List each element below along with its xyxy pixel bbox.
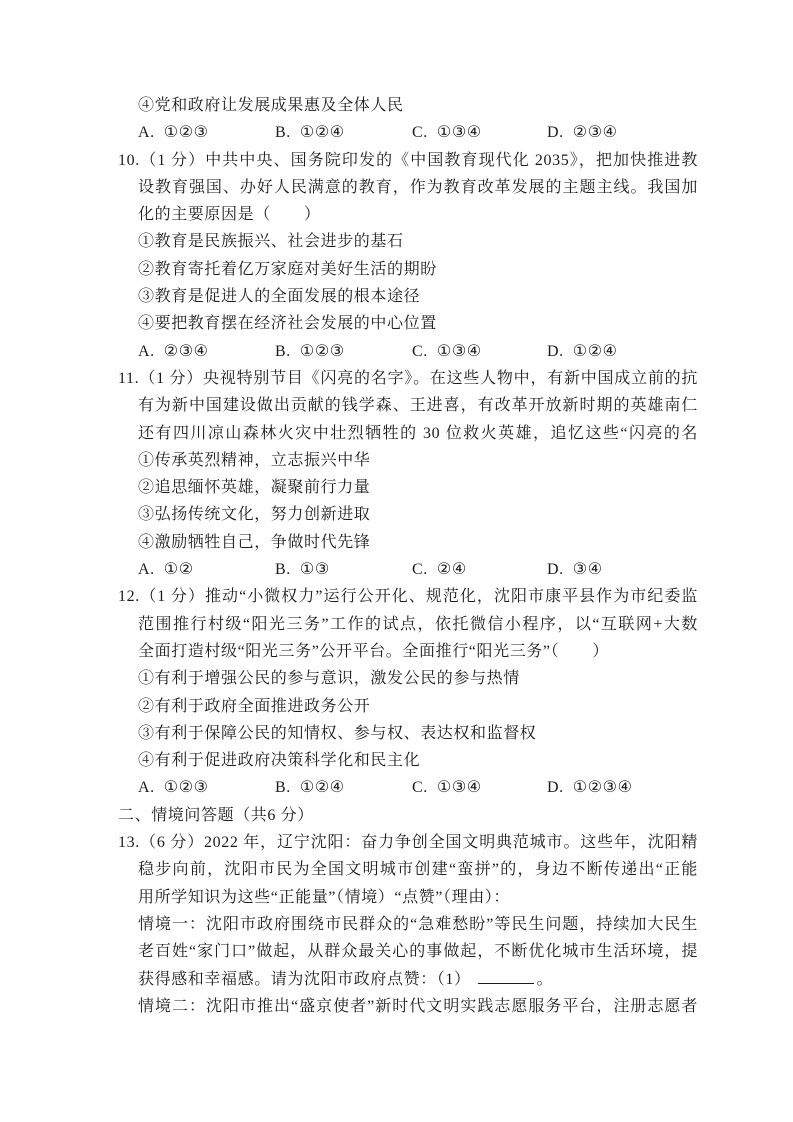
question-10-stem-line: 10.（1 分）中共中央、国务院印发的《中国教育现代化 2035》，把加快推进教… bbox=[118, 147, 698, 174]
choice-b: B.①②④ bbox=[275, 119, 345, 146]
scene-1-answer-period: 。 bbox=[537, 971, 554, 988]
choice-c: C.①③④ bbox=[412, 338, 482, 365]
choice-d: D.②③④ bbox=[547, 119, 618, 146]
exam-page: ④党和政府让发展成果惠及全体人民 A.①②③ B.①②④ C.①③④ D.②③④… bbox=[0, 92, 793, 1020]
choice-a: A.①②③ bbox=[138, 774, 209, 801]
question-12-item-3: ③有利于保障公民的知情权、参与权、表达权和监督权 bbox=[118, 720, 698, 747]
question-12-stem-line: 全面打造村级“阳光三务”公开平台。全面推行“阳光三务”（ ） bbox=[118, 638, 698, 665]
question-11-choices: A.①② B.①③ C.②④ D.③④ bbox=[118, 556, 698, 583]
section-2-title: 二、情境问答题（共6 分） bbox=[118, 802, 698, 829]
choice-a: A.①② bbox=[138, 556, 194, 583]
question-10-stem-line: 化的主要原因是（ ） bbox=[118, 201, 698, 228]
question-13-stem-line: 稳步向前，沈阳市民为全国文明城市创建“蛮拼”的，身边不断传递出“正能量”。请运 bbox=[118, 856, 698, 883]
question-11-item-2: ②追思缅怀英雄，凝聚前行力量 bbox=[118, 474, 698, 501]
question-13-scene-1-answer-line: 获得感和幸福感。请为沈阳市政府点赞：（1）。 bbox=[118, 966, 698, 993]
question-11-stem-line: 11.（1 分）央视特别节目《闪亮的名字》。在这些人物中，有新中国成立前的抗战英… bbox=[118, 365, 698, 392]
question-10-stem-line: 设教育强国、办好人民满意的教育，作为教育改革发展的主题主线。我国加快教育现代 bbox=[118, 174, 698, 201]
choice-d: D.①②④ bbox=[547, 338, 618, 365]
question-13-stem-line: 13.（6 分）2022 年，辽宁沈阳：奋力争创全国文明典范城市。这些年，沈阳精… bbox=[118, 829, 698, 856]
question-10-item-3: ③教育是促进人的全面发展的根本途径 bbox=[118, 283, 698, 310]
question-10-item-4: ④要把教育摆在经济社会发展的中心位置 bbox=[118, 310, 698, 337]
question-11-stem-line: 有为新中国建设做出贡献的钱学森、王进喜，有改革开放新时期的英雄南仁东、王继才， bbox=[118, 392, 698, 419]
question-11-stem-line: 还有四川凉山森林火灾中壮烈牺牲的 30 位救火英雄，追忆这些“闪亮的名字”旨在（… bbox=[118, 420, 698, 447]
question-11-item-3: ③弘扬传统文化，努力创新进取 bbox=[118, 501, 698, 528]
question-11-item-1: ①传承英烈精神，立志振兴中华 bbox=[118, 447, 698, 474]
question-13-scene-1-line: 老百姓“家门口”做起，从群众最关心的事做起，不断优化城市生活环境，提升市民的 bbox=[118, 938, 698, 965]
question-12-item-2: ②有利于政府全面推进政务公开 bbox=[118, 693, 698, 720]
choice-c: C.①③④ bbox=[412, 774, 482, 801]
question-13-scene-1-line: 情境一：沈阳市政府围绕市民群众的“急难愁盼”等民生问题，持续加大民生投入，从 bbox=[118, 911, 698, 938]
question-10-item-1: ①教育是民族振兴、社会进步的基石 bbox=[118, 228, 698, 255]
choice-d: D.③④ bbox=[547, 556, 603, 583]
answer-blank bbox=[478, 969, 534, 984]
question-13-scene-2-line: 情境二：沈阳市推出“盛京使者”新时代文明实践志愿服务平台，注册志愿者人数达 11… bbox=[118, 993, 698, 1020]
question-12-stem-line: 范围推行村级“阳光三务”工作的试点，依托微信小程序，以“互联网+大数据”赋能， bbox=[118, 611, 698, 638]
question-12-item-4: ④有利于促进政府决策科学化和民主化 bbox=[118, 747, 698, 774]
choice-a: A.②③④ bbox=[138, 338, 209, 365]
question-9-option-4: ④党和政府让发展成果惠及全体人民 bbox=[118, 92, 698, 119]
choice-b: B.①②④ bbox=[275, 774, 345, 801]
choice-d: D.①②③④ bbox=[547, 774, 633, 801]
question-12-choices: A.①②③ B.①②④ C.①③④ D.①②③④ bbox=[118, 774, 698, 801]
question-12-item-1: ①有利于增强公民的参与意识，激发公民的参与热情 bbox=[118, 665, 698, 692]
choice-c: C.②④ bbox=[412, 556, 467, 583]
question-10-item-2: ②教育寄托着亿万家庭对美好生活的期盼 bbox=[118, 256, 698, 283]
scene-1-answer-prompt: 获得感和幸福感。请为沈阳市政府点赞：（1） bbox=[138, 971, 471, 988]
question-9-choices: A.①②③ B.①②④ C.①③④ D.②③④ bbox=[118, 119, 698, 146]
question-12-stem-line: 12.（1 分）推动“小微权力”运行公开化、规范化，沈阳市康平县作为市纪委监委在… bbox=[118, 583, 698, 610]
choice-b: B.①②③ bbox=[275, 338, 345, 365]
choice-c: C.①③④ bbox=[412, 119, 482, 146]
question-10-choices: A.②③④ B.①②③ C.①③④ D.①②④ bbox=[118, 338, 698, 365]
choice-a: A.①②③ bbox=[138, 119, 209, 146]
question-13-stem-line: 用所学知识为这些“正能量”（情境）“点赞”（理由）： bbox=[118, 884, 698, 911]
choice-b: B.①③ bbox=[275, 556, 330, 583]
question-11-item-4: ④激励牺牲自己，争做时代先锋 bbox=[118, 529, 698, 556]
